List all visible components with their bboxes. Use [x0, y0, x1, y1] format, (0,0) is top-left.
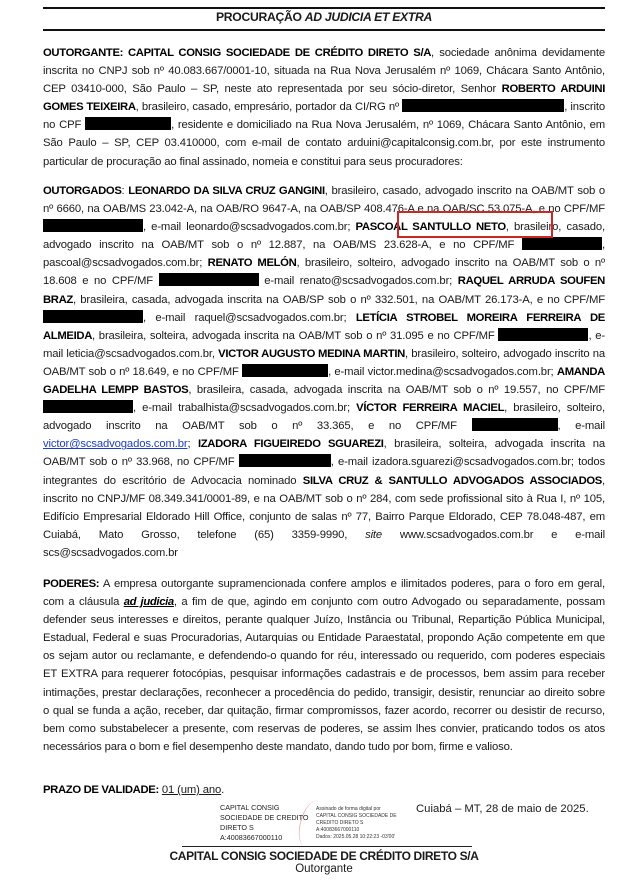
attorney-email: , e-mail — [558, 420, 605, 432]
redaction — [159, 273, 259, 286]
title-italic: AD JUDICIA ET EXTRA — [305, 10, 432, 24]
document-title: PROCURAÇÃO AD JUDICIA ET EXTRA — [43, 10, 605, 24]
signer-block: CAPITAL CONSIG SOCIEDADE DE CREDITO DIRE… — [220, 803, 309, 843]
outorgante-paragraph: OUTORGANTE: CAPITAL CONSIG SOCIEDADE DE … — [43, 44, 605, 171]
signer-line: DIRETO S — [220, 823, 309, 833]
redaction — [522, 237, 602, 250]
site-label: site — [365, 529, 382, 541]
prazo-paragraph: PRAZO DE VALIDADE: 01 (um) ano. — [43, 781, 605, 799]
redaction — [43, 310, 143, 323]
attorney-name: LEONARDO DA SILVA CRUZ GANGINI — [128, 185, 325, 197]
outorgados-label: OUTORGADOS — [43, 185, 122, 197]
attorney-name: RENATO MELÓN — [208, 257, 297, 269]
signature-line — [182, 846, 472, 847]
redaction — [242, 364, 328, 377]
redaction — [402, 99, 564, 112]
highlight-box — [397, 211, 553, 238]
attorney-text: , brasileira, casada, advogada inscrita … — [73, 294, 605, 306]
redaction — [85, 117, 171, 130]
digital-line: CREDITO DIRETO S — [316, 820, 397, 827]
attorney-email: , e-mail leonardo@scsadvogados.com.br; — [143, 221, 356, 233]
outorgante-label: OUTORGANTE: CAPITAL CONSIG SOCIEDADE DE … — [43, 47, 431, 59]
digital-line: CAPITAL CONSIG SOCIEDADE DE — [316, 813, 397, 820]
signer-line: SOCIEDADE DE CREDITO — [220, 813, 309, 823]
digital-line: Dados: 2025.05.28 10:22:23 -03'00' — [316, 834, 397, 841]
title-bottom-rule — [43, 29, 605, 31]
signer-line: CAPITAL CONSIG — [220, 803, 309, 813]
attorney-email: , e-mail victor.medina@scsadvogados.com.… — [328, 366, 557, 378]
attorney-name: IZADORA FIGUEIREDO SGUAREZI — [198, 438, 384, 450]
redaction — [498, 328, 588, 341]
attorney-email: , e-mail izadora.sguarezi@scsadvogados.c… — [331, 456, 578, 468]
redaction — [239, 454, 331, 467]
separator: ; — [187, 438, 198, 450]
redaction — [43, 400, 133, 413]
attorney-text: , brasileira, solteira, advogada inscrit… — [92, 330, 498, 342]
attorney-text: , brasileira, casada, advogada inscrita … — [188, 384, 605, 396]
redaction — [472, 418, 558, 431]
email-link[interactable]: victor@scsadvogados.com.br — [43, 438, 187, 450]
top-rule — [43, 7, 605, 9]
signatory-role: Outorgante — [43, 863, 605, 875]
poderes-label: PODERES: — [43, 578, 99, 590]
attorney-name: VÍCTOR FERREIRA MACIEL — [356, 402, 504, 414]
outorgados-paragraph: OUTORGADOS: LEONARDO DA SILVA CRUZ GANGI… — [43, 182, 605, 562]
attorney-email: , e-mail trabalhista@scsadvogados.com.br… — [133, 402, 356, 414]
outorgante-text: , brasileiro, casado, empresário, portad… — [136, 101, 403, 113]
poderes-text: , a fim de que, agindo em conjunto com o… — [43, 596, 605, 753]
signer-line: A:40083667000110 — [220, 833, 309, 843]
attorney-email: e-mail renato@scsadvogados.com.br; — [259, 275, 458, 287]
ad-judicia-clause: ad judicia — [124, 596, 174, 608]
firm-name: SILVA CRUZ & SANTULLO ADVOGADOS ASSOCIAD… — [303, 475, 602, 487]
poderes-paragraph: PODERES: A empresa outorgante supramenci… — [43, 575, 605, 756]
prazo-label: PRAZO DE VALIDADE — [43, 784, 155, 796]
attorney-email: , e-mail raquel@scsadvogados.com.br; — [143, 312, 356, 324]
digital-line: A:40083667000110 — [316, 827, 397, 834]
place-date: Cuiabá – MT, 28 de maio de 2025. — [416, 803, 589, 815]
redaction — [43, 219, 143, 232]
signatory-name: CAPITAL CONSIG SOCIEDADE DE CRÉDITO DIRE… — [43, 849, 605, 863]
attorney-name: VICTOR AUGUSTO MEDINA MARTIN — [218, 348, 405, 360]
prazo-value: 01 (um) ano — [162, 784, 221, 796]
digital-signature-info: Assinado de forma digital por CAPITAL CO… — [316, 806, 397, 841]
title-text: PROCURAÇÃO — [216, 10, 305, 24]
digital-line: Assinado de forma digital por — [316, 806, 397, 813]
